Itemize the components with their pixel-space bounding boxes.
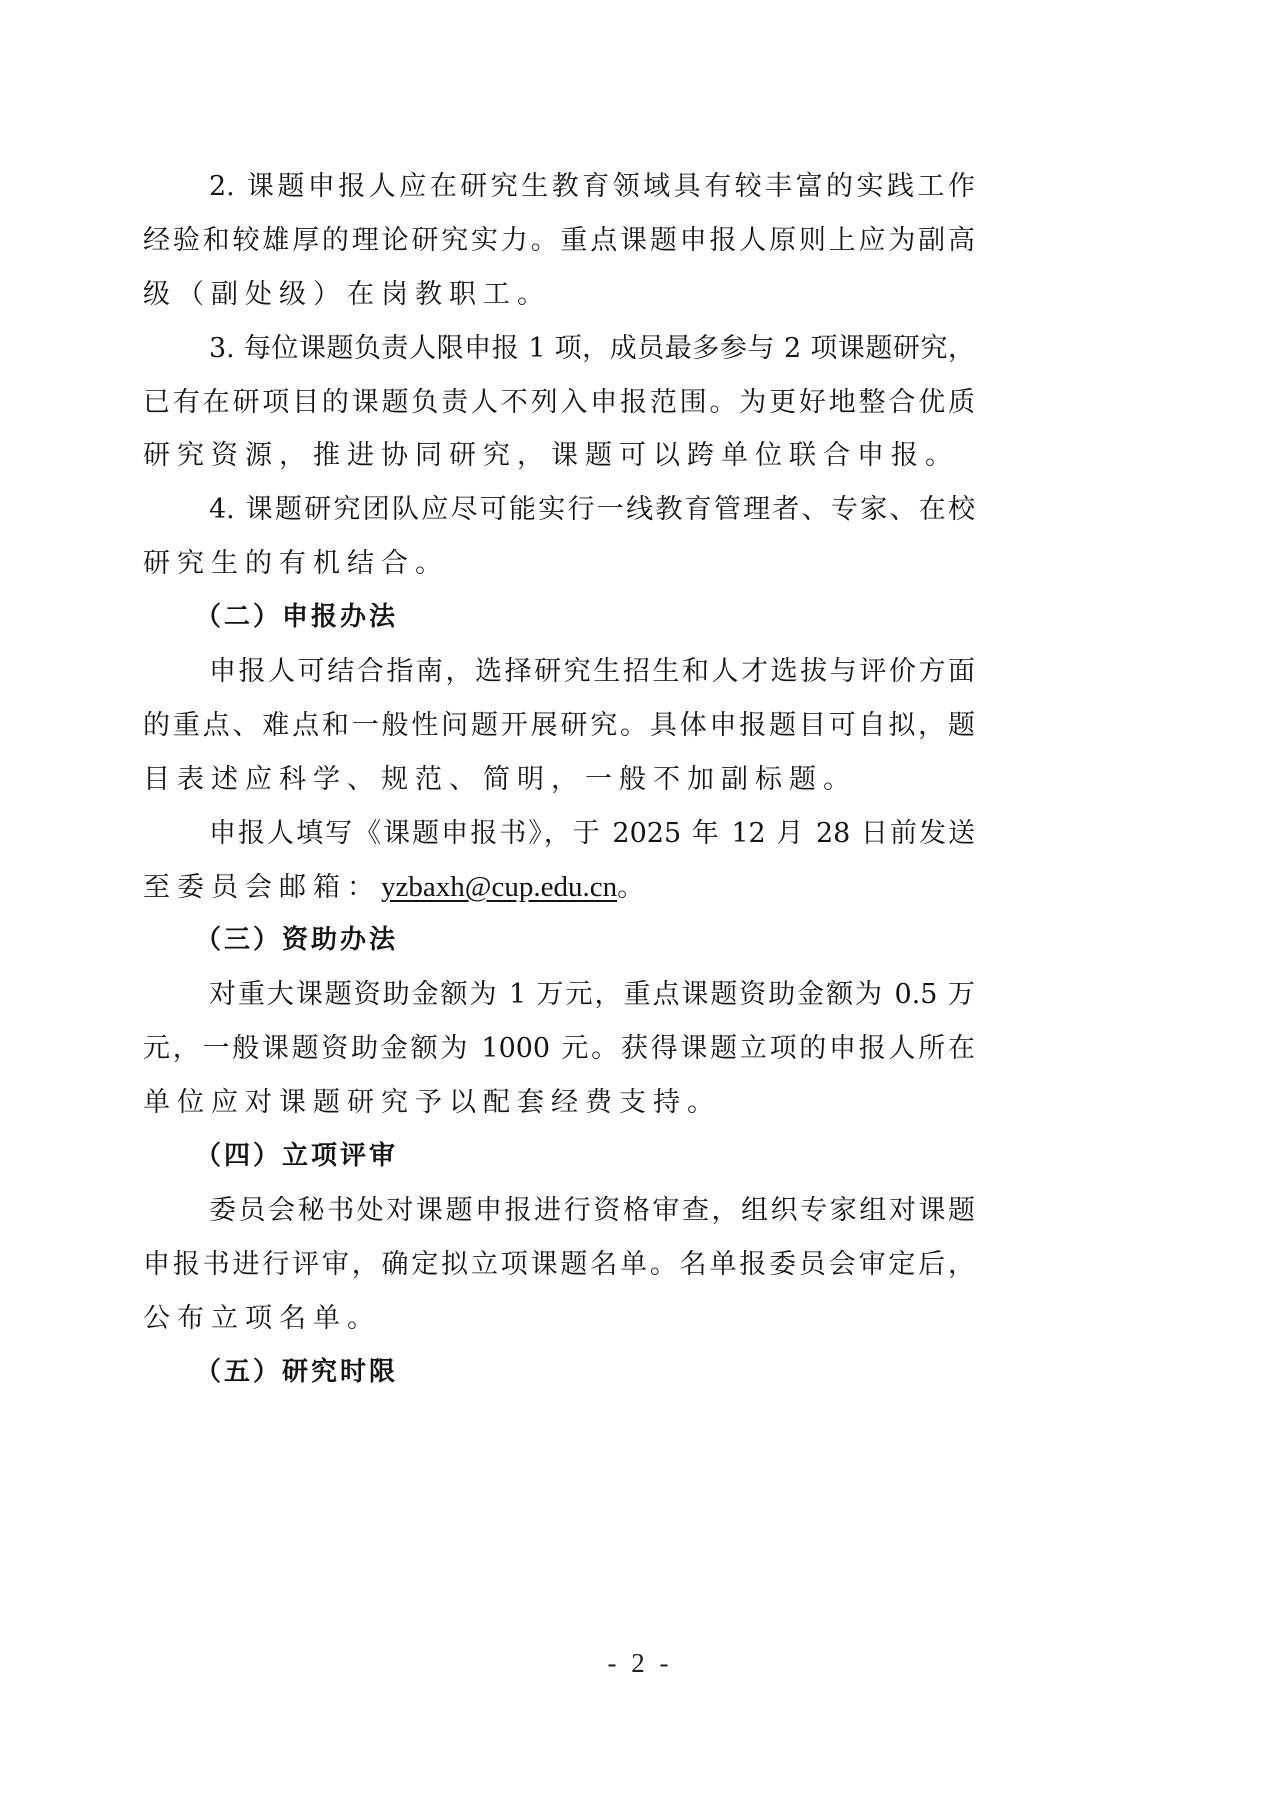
email-prefix: 至委员会邮箱： — [143, 872, 381, 903]
text-line: 研究资源，推进协同研究，课题可以跨单位联合申报。 — [143, 429, 975, 483]
text-line: 2. 课题申报人应在研究生教育领域具有较丰富的实践工作 — [143, 160, 975, 214]
text-line: 申报书进行评审，确定拟立项课题名单。名单报委员会审定后， — [143, 1238, 975, 1292]
text-line: 申报人可结合指南，选择研究生招生和人才选拔与评价方面 — [143, 645, 975, 699]
email-link[interactable]: yzbaxh@cup.edu.cn — [381, 871, 617, 903]
text-line: 委员会秘书处对课题申报进行资格审查，组织专家组对课题 — [143, 1184, 975, 1238]
section-heading: （三）资助办法 — [143, 914, 975, 968]
document-body: 2. 课题申报人应在研究生教育领域具有较丰富的实践工作 经验和较雄厚的理论研究实… — [143, 160, 975, 1399]
text-line: 对重大课题资助金额为 1 万元，重点课题资助金额为 0.5 万 — [143, 968, 975, 1022]
email-suffix: 。 — [617, 872, 651, 903]
text-line: 公布立项名单。 — [143, 1292, 975, 1346]
page-number: - 2 - — [0, 1648, 1280, 1679]
section-application-method: （二）申报办法 申报人可结合指南，选择研究生招生和人才选拔与评价方面 的重点、难… — [143, 591, 975, 914]
section-research-period: （五）研究时限 — [143, 1346, 975, 1400]
section-heading: （二）申报办法 — [143, 591, 975, 645]
section-heading: （四）立项评审 — [143, 1130, 975, 1184]
paragraph-item-2: 2. 课题申报人应在研究生教育领域具有较丰富的实践工作 经验和较雄厚的理论研究实… — [143, 160, 975, 322]
section-project-review: （四）立项评审 委员会秘书处对课题申报进行资格审查，组织专家组对课题 申报书进行… — [143, 1130, 975, 1346]
document-page: 2. 课题申报人应在研究生教育领域具有较丰富的实践工作 经验和较雄厚的理论研究实… — [0, 0, 1280, 1810]
text-line: 研究生的有机结合。 — [143, 537, 975, 591]
text-line: 申报人填写《课题申报书》，于 2025 年 12 月 28 日前发送 — [143, 807, 975, 861]
text-line: 4. 课题研究团队应尽可能实行一线教育管理者、专家、在校 — [143, 483, 975, 537]
text-line: 单位应对课题研究予以配套经费支持。 — [143, 1076, 975, 1130]
section-funding-method: （三）资助办法 对重大课题资助金额为 1 万元，重点课题资助金额为 0.5 万 … — [143, 914, 975, 1130]
text-line: 目表述应科学、规范、简明，一般不加副标题。 — [143, 753, 975, 807]
text-line: 已有在研项目的课题负责人不列入申报范围。为更好地整合优质 — [143, 376, 975, 430]
section-heading: （五）研究时限 — [143, 1346, 975, 1400]
text-line: 3. 每位课题负责人限申报 1 项，成员最多参与 2 项课题研究， — [143, 322, 975, 376]
text-line: 元，一般课题资助金额为 1000 元。获得课题立项的申报人所在 — [143, 1022, 975, 1076]
paragraph-item-3: 3. 每位课题负责人限申报 1 项，成员最多参与 2 项课题研究， 已有在研项目… — [143, 322, 975, 484]
paragraph-item-4: 4. 课题研究团队应尽可能实行一线教育管理者、专家、在校 研究生的有机结合。 — [143, 483, 975, 591]
email-line: 至委员会邮箱：yzbaxh@cup.edu.cn。 — [143, 861, 975, 915]
text-line: 级（副处级）在岗教职工。 — [143, 268, 975, 322]
text-line: 经验和较雄厚的理论研究实力。重点课题申报人原则上应为副高 — [143, 214, 975, 268]
text-line: 的重点、难点和一般性问题开展研究。具体申报题目可自拟，题 — [143, 699, 975, 753]
